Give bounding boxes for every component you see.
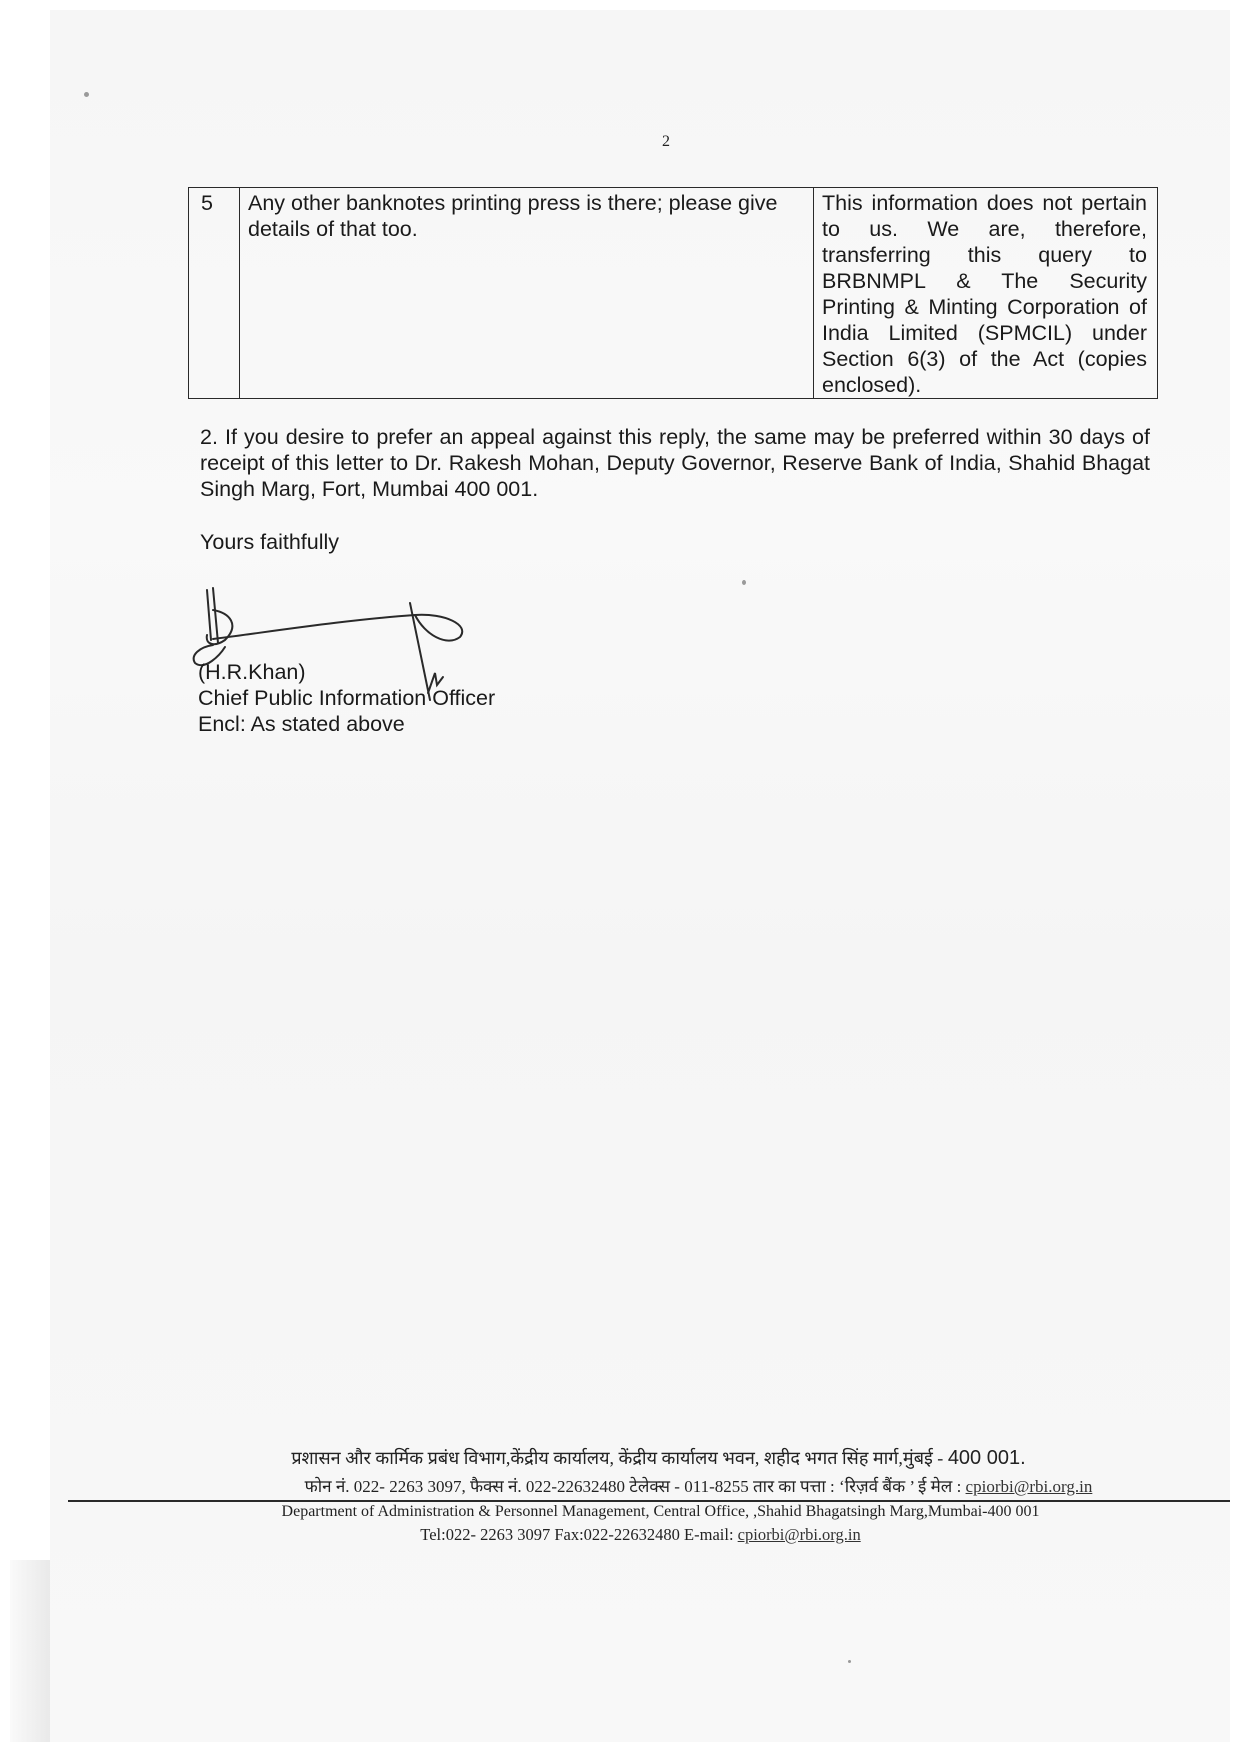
scan-edge-shadow xyxy=(10,1560,50,1742)
footer-english-contact: Tel:022- 2263 3097 Fax:022-22632480 E-ma… xyxy=(0,1525,1241,1545)
footer-hindi-address: प्रशासन और कार्मिक प्रबंध विभाग,केंद्रीय… xyxy=(0,1446,1241,1470)
appeal-paragraph: 2. If you desire to prefer an appeal aga… xyxy=(200,424,1150,502)
table-row: 5 Any other banknotes printing press is … xyxy=(189,188,1158,399)
query-cell: Any other banknotes printing press is th… xyxy=(240,188,814,399)
footer-hindi-contact-text: फोन नं. 022- 2263 3097, फैक्स नं. 022-22… xyxy=(305,1477,966,1496)
enclosure-note: Encl: As stated above xyxy=(198,711,495,737)
scan-speck xyxy=(848,1660,851,1663)
footer-hindi-address-text: प्रशासन और कार्मिक प्रबंध विभाग,केंद्रीय… xyxy=(291,1448,948,1468)
signatory-name: (H.R.Khan) xyxy=(198,659,495,685)
signatory-designation: Chief Public Information Officer xyxy=(198,685,495,711)
query-response-table: 5 Any other banknotes printing press is … xyxy=(188,187,1158,399)
page-number: 2 xyxy=(662,133,670,151)
signatory-block: (H.R.Khan) Chief Public Information Offi… xyxy=(198,659,495,737)
footer-english-contact-text: Tel:022- 2263 3097 Fax:022-22632480 E-ma… xyxy=(420,1525,737,1544)
closing-salutation: Yours faithfully xyxy=(200,530,339,555)
footer-hindi-contact: फोन नं. 022- 2263 3097, फैक्स नं. 022-22… xyxy=(0,1474,1241,1497)
footer-english-address: Department of Administration & Personnel… xyxy=(0,1503,1241,1521)
scan-speck xyxy=(84,92,89,97)
response-cell: This information does not pertain to us.… xyxy=(814,188,1158,399)
footer-hindi-pin: 400 001. xyxy=(948,1447,1026,1469)
footer-english-email-link[interactable]: cpiorbi@rbi.org.in xyxy=(738,1525,861,1544)
footer-divider xyxy=(68,1500,1230,1502)
footer-hindi-email-link[interactable]: cpiorbi@rbi.org.in xyxy=(966,1477,1093,1496)
scan-speck xyxy=(742,580,746,585)
row-number: 5 xyxy=(189,188,240,399)
